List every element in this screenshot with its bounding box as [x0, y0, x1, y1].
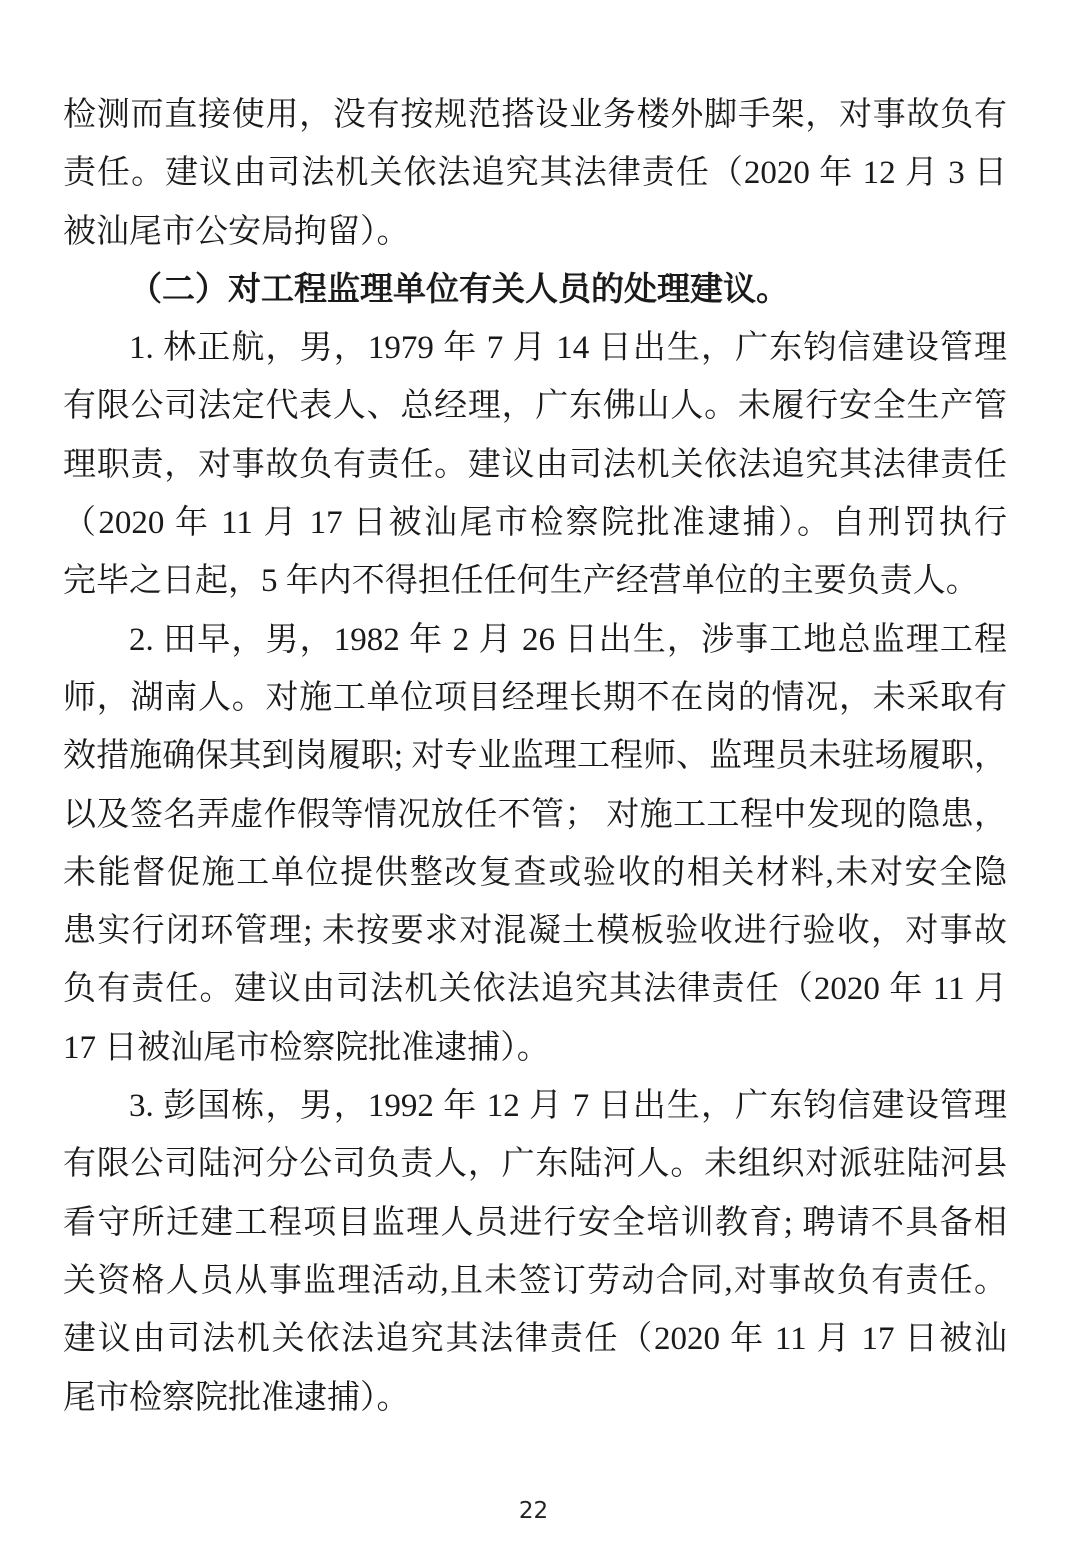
heading-line: （二）对工程监理单位有关人员的处理建议。	[63, 261, 1007, 319]
text-line: 17 日被汕尾市检察院批准逮捕）。	[63, 1019, 1007, 1077]
text-line: 理职责，对事故负有责任。建议由司法机关依法追究其法律责任	[63, 436, 1007, 494]
text-line: 被汕尾市公安局拘留）。	[63, 203, 1007, 261]
text-line: 2. 田早，男，1982 年 2 月 26 日出生，涉事工地总监理工程	[63, 611, 1007, 669]
text-line: 1. 林正航，男，1979 年 7 月 14 日出生，广东钧信建设管理	[63, 319, 1007, 377]
document-page: 检测而直接使用，没有按规范搭设业务楼外脚手架，对事故负有 责任。建议由司法机关依…	[0, 0, 1067, 1549]
text-line: 尾市检察院批准逮捕）。	[63, 1369, 1007, 1427]
text-line: 未能督促施工单位提供整改复查或验收的相关材料,未对安全隐	[63, 844, 1007, 902]
page-number: 22	[0, 1496, 1067, 1526]
text-line: 患实行闭环管理; 未按要求对混凝土模板验收进行验收，对事故	[63, 902, 1007, 960]
text-line: 检测而直接使用，没有按规范搭设业务楼外脚手架，对事故负有	[63, 86, 1007, 144]
section-heading: （二）对工程监理单位有关人员的处理建议。	[63, 261, 1007, 319]
paragraph-continuation: 检测而直接使用，没有按规范搭设业务楼外脚手架，对事故负有 责任。建议由司法机关依…	[63, 86, 1007, 261]
text-line: 3. 彭国栋，男，1992 年 12 月 7 日出生，广东钧信建设管理	[63, 1077, 1007, 1135]
text-line: 效措施确保其到岗履职; 对专业监理工程师、监理员未驻场履职，	[63, 727, 1007, 785]
text-line: 建议由司法机关依法追究其法律责任（2020 年 11 月 17 日被汕	[63, 1310, 1007, 1368]
paragraph-item-2: 2. 田早，男，1982 年 2 月 26 日出生，涉事工地总监理工程 师，湖南…	[63, 611, 1007, 1077]
text-line: 责任。建议由司法机关依法追究其法律责任（2020 年 12 月 3 日	[63, 144, 1007, 202]
paragraph-item-1: 1. 林正航，男，1979 年 7 月 14 日出生，广东钧信建设管理 有限公司…	[63, 319, 1007, 610]
text-line: 有限公司法定代表人、总经理，广东佛山人。未履行安全生产管	[63, 377, 1007, 435]
text-line: （2020 年 11 月 17 日被汕尾市检察院批准逮捕）。自刑罚执行	[63, 494, 1007, 552]
text-line: 有限公司陆河分公司负责人，广东陆河人。未组织对派驻陆河县	[63, 1135, 1007, 1193]
page-content: 检测而直接使用，没有按规范搭设业务楼外脚手架，对事故负有 责任。建议由司法机关依…	[63, 86, 1007, 1427]
text-line: 关资格人员从事监理活动,且未签订劳动合同,对事故负有责任。	[63, 1252, 1007, 1310]
text-line: 师，湖南人。对施工单位项目经理长期不在岗的情况，未采取有	[63, 669, 1007, 727]
paragraph-item-3: 3. 彭国栋，男，1992 年 12 月 7 日出生，广东钧信建设管理 有限公司…	[63, 1077, 1007, 1427]
text-line: 负有责任。建议由司法机关依法追究其法律责任（2020 年 11 月	[63, 960, 1007, 1018]
text-line: 以及签名弄虚作假等情况放任不管； 对施工工程中发现的隐患，	[63, 786, 1007, 844]
text-line: 完毕之日起，5 年内不得担任任何生产经营单位的主要负责人。	[63, 552, 1007, 610]
text-line: 看守所迁建工程项目监理人员进行安全培训教育; 聘请不具备相	[63, 1194, 1007, 1252]
